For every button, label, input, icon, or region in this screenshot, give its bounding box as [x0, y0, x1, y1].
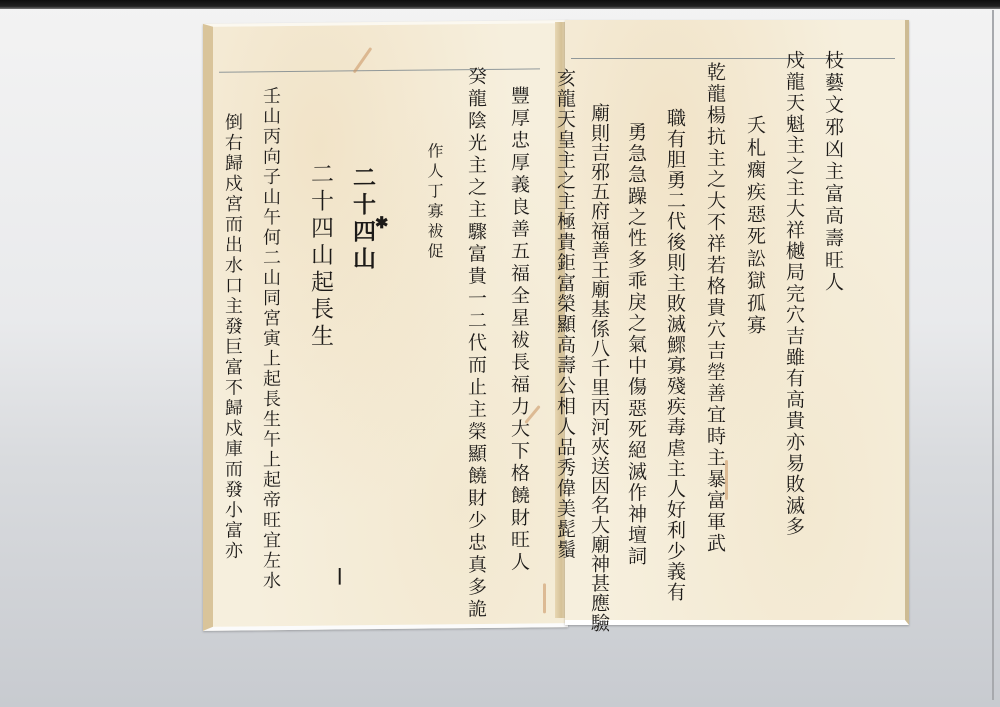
scanner-top-edge [0, 0, 1000, 9]
text-column-7: 倒右歸戍宮而出水口主發巨富不歸戍庫而發小富亦 [223, 113, 241, 562]
header-rule-line [219, 68, 540, 72]
text-column-3: 作人丁寡袚促 [426, 142, 442, 262]
text-column-2: 癸龍陰光主之主驟富貴一二代而止主榮顯饒財少忠真多詭 [466, 66, 485, 621]
text-column-4: 乾龍楊抗主之大不祥若格貴穴吉塋善宜時主暴富軍武 [705, 62, 724, 554]
text-column-8: 亥龍天皇主之主極貴鉅富榮顯高壽公相人品秀偉美髭鬚 [555, 68, 574, 560]
text-column-2: 戍龍天魁主之主大祥樾局完穴吉雖有高貴亦易敗滅多 [784, 50, 803, 538]
header-rule-line [571, 58, 895, 59]
text-column-1: 枝藝文邪凶主富高壽旺人 [823, 50, 842, 294]
text-column-1: 豐厚忠厚義良善五福全星袚長福力大下格饒財旺人 [509, 86, 528, 575]
text-column-5: 職有胆勇二代後則主敗滅鰥寡殘疾毒虐主人好利少義有 [665, 108, 684, 602]
scanner-right-edge [992, 10, 994, 700]
text-column-7: 廟則吉邪五府福善王廟基係八千里丙河夾送因名大廟神甚應驗 [589, 103, 608, 632]
ink-mark: ❘ [333, 565, 346, 584]
right-page: 枝藝文邪凶主富高壽旺人 戍龍天魁主之主大祥樾局完穴吉雖有高貴亦易敗滅多 夭札瘸疾… [565, 20, 909, 625]
ink-blot: ✱ [375, 213, 388, 232]
section-subheading: 二十四山起長生 [308, 162, 331, 351]
left-page: 豐厚忠厚義良善五福全星袚長福力大下格饒財旺人 癸龍陰光主之主驟富貴一二代而止主榮… [203, 20, 568, 631]
text-column-6: 勇急急躁之性多乖戾之氣中傷惡死絕滅作神壇詞 [626, 122, 645, 567]
text-column-3: 夭札瘸疾惡死訟獄孤寡 [745, 115, 764, 337]
text-column-6: 壬山丙向子山午何二山同宮寅上起長生午上起帝旺宜左水 [261, 86, 279, 591]
open-book: 豐厚忠厚義良善五福全星袚長福力大下格饒財旺人 癸龍陰光主之主驟富貴一二代而止主榮… [203, 22, 913, 622]
paper-stain [543, 583, 546, 613]
section-heading: 二十四山 [351, 165, 374, 273]
